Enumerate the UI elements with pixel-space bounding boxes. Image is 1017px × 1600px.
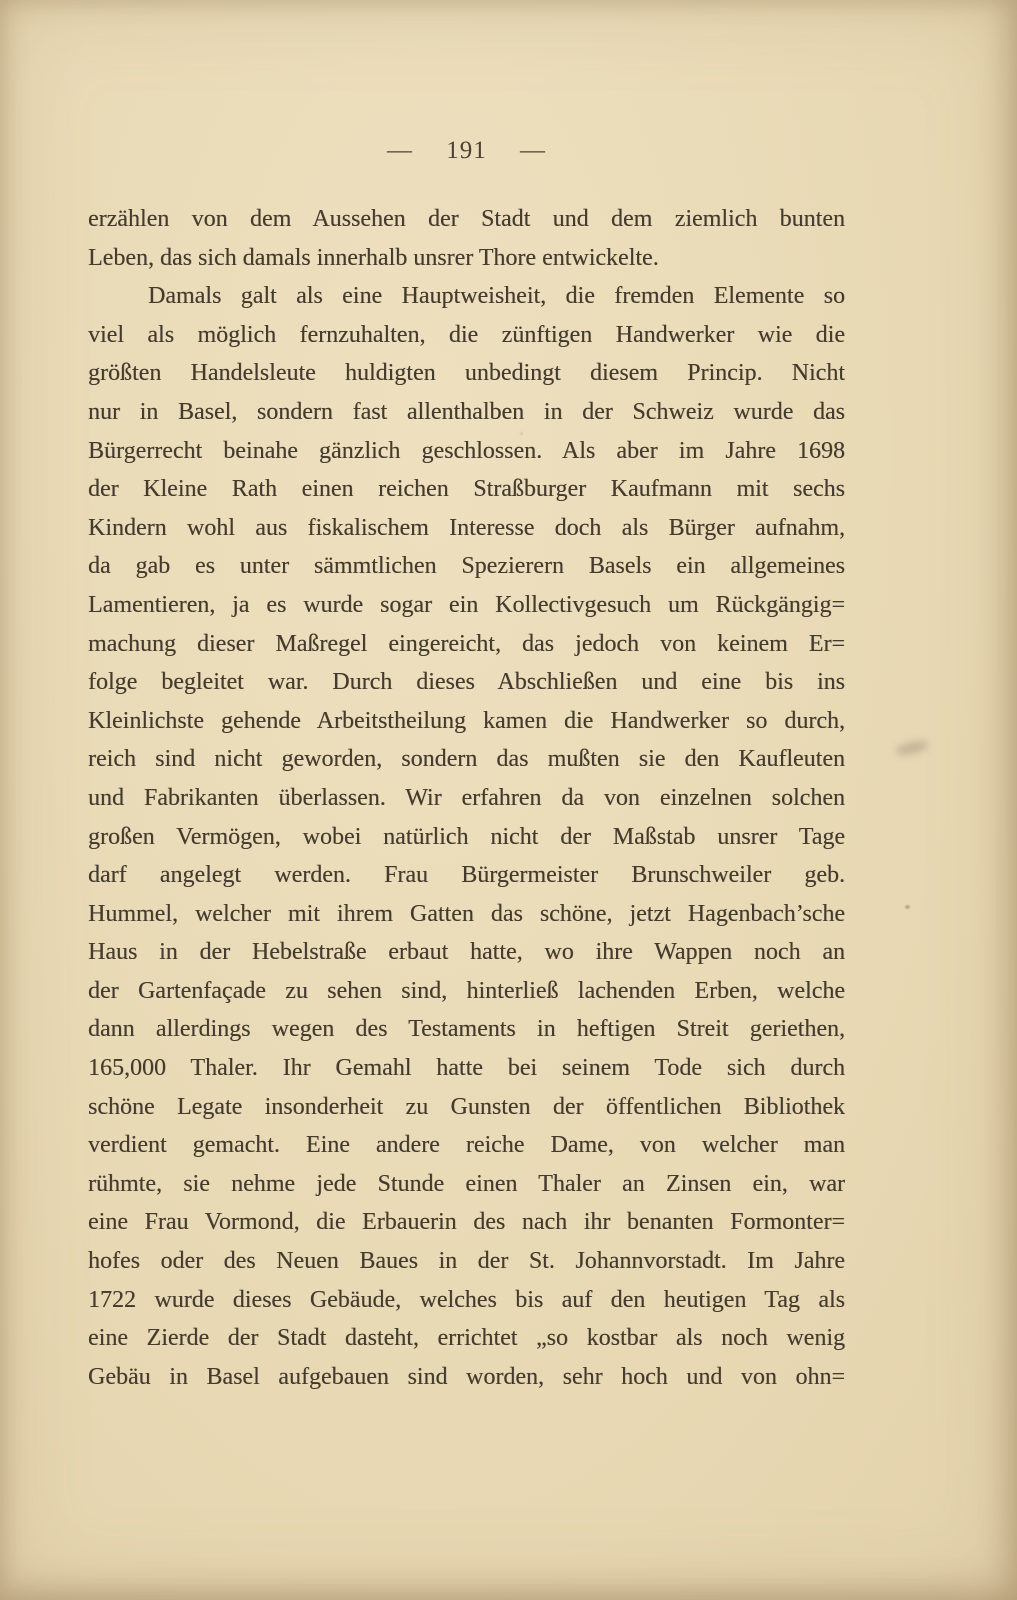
text-line: Lamentieren, ja es wurde sogar ein Kolle… [88,586,845,625]
page-number: — 191 — [387,137,546,164]
text-line: großen Vermögen, wobei natürlich nicht d… [88,818,845,857]
paper-speck [520,432,523,435]
text-line: Haus in der Hebelstraße erbaut hatte, wo… [88,933,845,972]
text-line: Gebäu in Basel aufgebauen sind worden, s… [88,1358,845,1397]
text-line: Kindern wohl aus fiskalischem Interesse … [88,509,845,548]
text-line: Damals galt als eine Hauptweisheit, die … [88,277,845,316]
text-line: größten Handelsleute huldigten unbedingt… [88,354,845,393]
text-line: der Gartenfaçade zu sehen sind, hinterli… [88,972,845,1011]
text-line: folge begleitet war. Durch dieses Abschl… [88,663,845,702]
text-line: Bürgerrecht beinahe gänzlich geschlossen… [88,432,845,471]
text-line: Hummel, welcher mit ihrem Gatten das sch… [88,895,845,934]
text-line: und Fabrikanten überlassen. Wir erfahren… [88,779,845,818]
text-line: schöne Legate insonderheit zu Gunsten de… [88,1088,845,1127]
text-line: eine Zierde der Stadt dasteht, errichtet… [88,1319,845,1358]
text-line: Kleinlichste gehende Arbeitstheilung kam… [88,702,845,741]
text-line: der Kleine Rath einen reichen Straßburge… [88,470,845,509]
text-line: verdient gemacht. Eine andere reiche Dam… [88,1126,845,1165]
text-line: machung dieser Maßregel eingereicht, das… [88,625,845,664]
body-text: erzählen von dem Aussehen der Stadt und … [88,200,845,1396]
text-line: eine Frau Vormond, die Erbauerin des nac… [88,1203,845,1242]
text-line: reich sind nicht geworden, sondern das m… [88,740,845,779]
text-line: nur in Basel, sondern fast allenthalben … [88,393,845,432]
paper-smudge [894,738,930,758]
text-line: erzählen von dem Aussehen der Stadt und … [88,200,845,239]
book-page: — 191 — erzählen von dem Aussehen der St… [0,0,1017,1600]
text-line: da gab es unter sämmtlichen Spezierern B… [88,547,845,586]
text-line: Leben, das sich damals innerhalb unsrer … [88,239,845,278]
text-line: dann allerdings wegen des Testaments in … [88,1010,845,1049]
paper-speck [905,905,910,909]
text-line: darf angelegt werden. Frau Bürgermeister… [88,856,845,895]
text-line: 1722 wurde dieses Gebäude, welches bis a… [88,1281,845,1320]
text-line: rühmte, sie nehme jede Stunde einen Thal… [88,1165,845,1204]
text-line: hofes oder des Neuen Baues in der St. Jo… [88,1242,845,1281]
text-line: viel als möglich fernzuhalten, die zünft… [88,316,845,355]
page-header: — 191 — [88,130,845,172]
text-line: 165,000 Thaler. Ihr Gemahl hatte bei sei… [88,1049,845,1088]
